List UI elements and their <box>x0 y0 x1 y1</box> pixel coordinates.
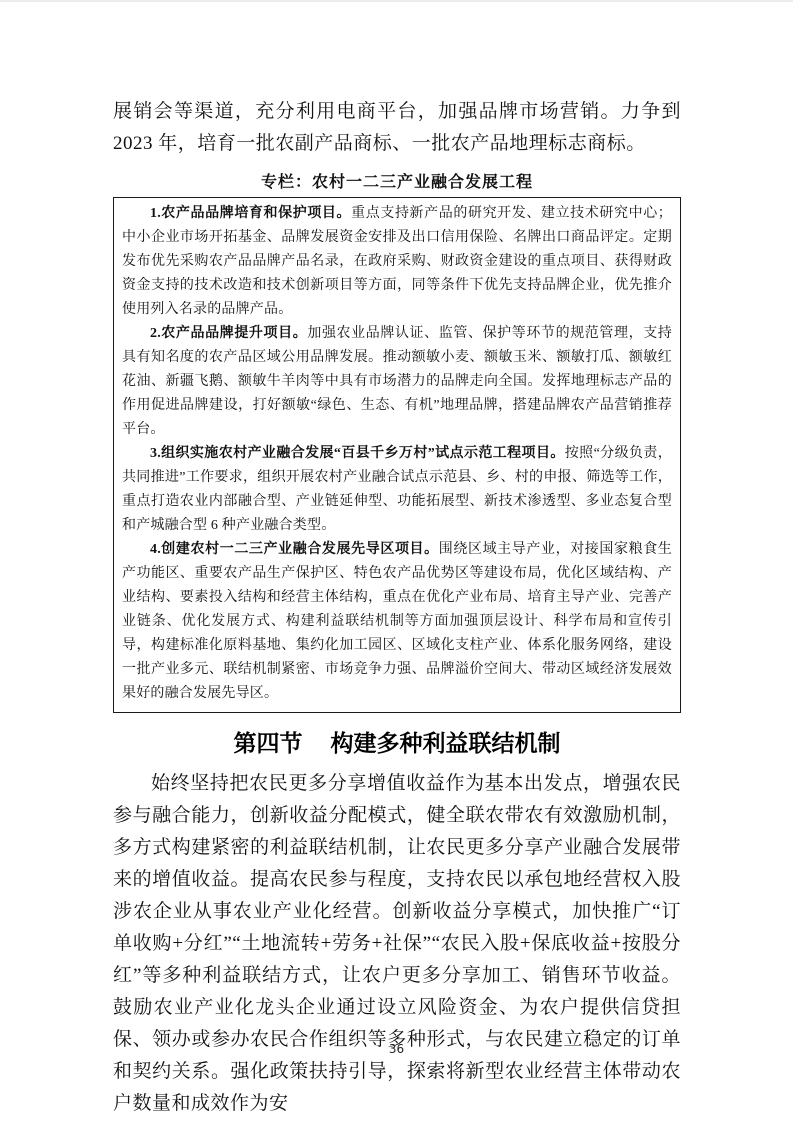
feature-box: 1.农产品品牌培育和保护项目。重点支持新产品的研究开发、建立技术研究中心；中小企… <box>113 197 681 713</box>
box-item-lead: 2.农产品品牌提升项目。 <box>150 326 307 341</box>
section-paragraph: 始终坚持把农民更多分享增值收益作为基本出发点，增强农民参与融合能力，创新收益分配… <box>113 768 681 1120</box>
box-item-lead: 3.组织实施农村产业融合发展“百县千乡万村”试点示范工程项目。 <box>150 446 565 461</box>
section-heading-number: 第四节 <box>234 730 303 756</box>
section-heading: 第四节构建多种利益联结机制 <box>113 727 681 759</box>
box-item-body: 围绕区域主导产业，对接国家粮食生产功能区、重要农产品生产保护区、特色农产品优势区… <box>122 542 672 701</box>
box-title: 专栏：农村一二三产业融合发展工程 <box>113 172 681 194</box>
page-content: 展销会等渠道，充分利用电商平台，加强品牌市场营销。力争到 2023 年，培育一批… <box>113 2 681 1120</box>
section-heading-title: 构建多种利益联结机制 <box>331 730 561 756</box>
page-number: 36 <box>0 1042 793 1056</box>
intro-paragraph: 展销会等渠道，充分利用电商平台，加强品牌市场营销。力争到 2023 年，培育一批… <box>113 96 681 160</box>
document-page: 展销会等渠道，充分利用电商平台，加强品牌市场营销。力争到 2023 年，培育一批… <box>0 0 793 1122</box>
box-item-lead: 1.农产品品牌培育和保护项目。 <box>150 206 351 221</box>
box-item: 2.农产品品牌提升项目。加强农业品牌认证、监管、保护等环节的规范管理，支持具有知… <box>122 322 672 442</box>
box-item-body: 加强农业品牌认证、监管、保护等环节的规范管理，支持具有知名度的农产品区域公用品牌… <box>122 326 672 437</box>
box-item: 1.农产品品牌培育和保护项目。重点支持新产品的研究开发、建立技术研究中心；中小企… <box>122 202 672 322</box>
box-item: 4.创建农村一二三产业融合发展先导区项目。围绕区域主导产业，对接国家粮食生产功能… <box>122 538 672 706</box>
box-item: 3.组织实施农村产业融合发展“百县千乡万村”试点示范工程项目。按照“分级负责，共… <box>122 442 672 538</box>
box-item-lead: 4.创建农村一二三产业融合发展先导区项目。 <box>150 542 439 557</box>
box-item-body: 重点支持新产品的研究开发、建立技术研究中心；中小企业市场开拓基金、品牌发展资金安… <box>122 206 672 317</box>
